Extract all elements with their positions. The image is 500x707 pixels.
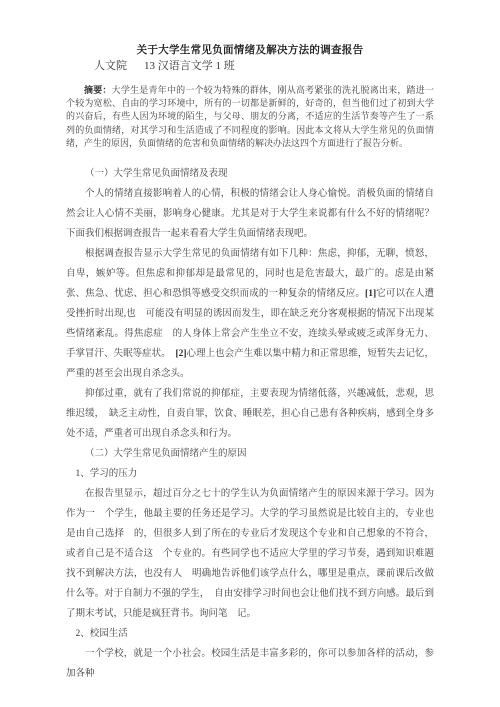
abstract-label: 摘要： [84, 85, 112, 95]
document-page: 关于大学生常见负面情绪及解决方法的调查报告 人文院13 汉语言文学 1 班 摘要… [0, 0, 500, 707]
section-heading-1: （一）大学生常见负面情绪及表现 [66, 164, 434, 184]
document-title: 关于大学生常见负面情绪及解决方法的调查报告 [66, 44, 434, 58]
byline-class: 13 汉语言文学 1 班 [144, 60, 235, 72]
abstract-text: 大学生是青年中的一个较为特殊的群体，刚从高考紧张的洗礼脱离出来，踏进一 个较为宽… [66, 85, 443, 148]
byline-college: 人文院 [94, 60, 127, 72]
section-heading-2: （二）大学生常见负面情绪产生的原因 [66, 444, 434, 464]
byline: 人文院13 汉语言文学 1 班 [94, 59, 434, 74]
paragraph-anxiety: 根据调查报告显示大学生常见的负面情绪有如下几种：焦虑，抑郁，无聊，愤怒，自卑，嫉… [66, 244, 434, 384]
paragraph-emotions-intro: 个人的情绪直接影响着人的心情，积极的情绪会让人身心愉悦。消极负面的情绪自然会让人… [66, 184, 434, 244]
paragraph-depression: 抑郁过重，就有了我们常说的抑郁症，主要表现为情绪低落，兴趣减低，悲观，思维迟缓，… [66, 384, 434, 444]
abstract-paragraph: 摘要：大学生是青年中的一个较为特殊的群体，刚从高考紧张的洗礼脱离出来，踏进一 个… [66, 84, 434, 150]
paragraph-campus-life: 一个学校，就是一个小社会。校园生活是丰富多彩的，你可以参加各样的活动，参加各种 [66, 644, 434, 684]
subheading-campus-life: 2、校园生活 [66, 624, 434, 644]
citation-2: [2] [175, 349, 186, 359]
subheading-study-pressure: 1、学习的压力 [66, 464, 434, 484]
citation-1: [1] [365, 289, 376, 299]
paragraph-study-pressure: 在报告里显示，超过百分之七十的学生认为负面情绪产生的原因来源于学习。因为作为一 … [66, 484, 434, 624]
